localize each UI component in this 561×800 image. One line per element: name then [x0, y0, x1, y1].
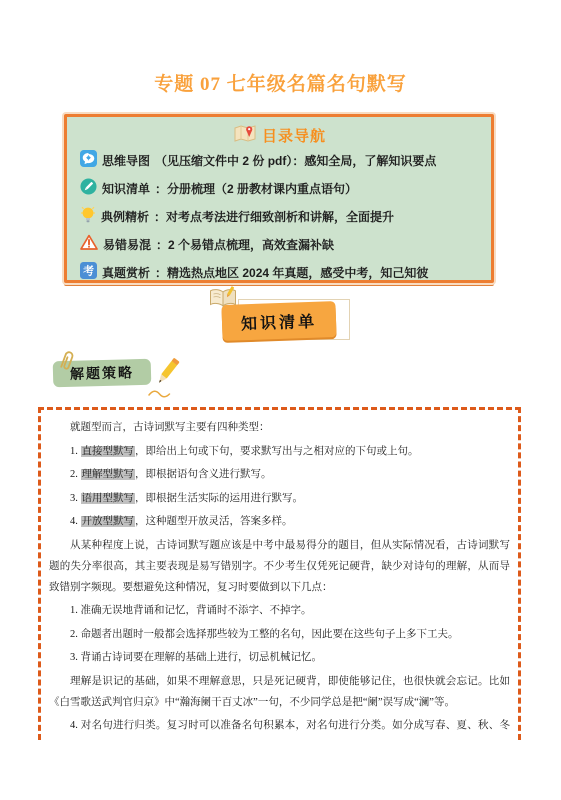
toc-item-examples: 典例精析：对考点考法进行细致剖析和讲解，全面提升 [80, 207, 479, 225]
pencil-icon [146, 356, 188, 405]
type-term-highlight: 理解型默写 [81, 469, 136, 480]
toc-item-desc: ：精选热点地区 2024 年真题，感受中考，知己知彼 [155, 264, 428, 281]
toc-item-label: 思维导图 [102, 152, 150, 169]
toc-item-desc: ：对考点考法进行细致剖析和讲解，全面提升 [154, 208, 394, 225]
type-number: 2. [70, 469, 81, 480]
lightbulb-icon [80, 205, 96, 227]
document-page: 专题 07 七年级名篇名句默写 目录导航 [0, 0, 561, 800]
type-number: 1. [70, 446, 81, 457]
type-desc: ，即根据语句含义进行默写。 [135, 469, 272, 480]
toc-item-knowledge: 知识清单：分册梳理（2 册教材课内重点语句） [80, 179, 479, 197]
toc-item-label: 真题赏析 [102, 264, 150, 281]
page-title: 专题 07 七年级名篇名句默写 [0, 69, 561, 96]
toc-item-desc: ：2 个易错点梳理，高效查漏补缺 [156, 236, 334, 253]
pen-icon [80, 178, 97, 198]
paperclip-icon [56, 348, 76, 379]
type-desc: ，这种题型开放灵活，答案多样。 [135, 516, 293, 527]
warning-icon [80, 234, 98, 254]
type-term-highlight: 开放型默写 [81, 516, 136, 527]
type-desc: ，即给出上句或下句，要求默写出与之相对应的下句或上句。 [135, 446, 419, 457]
toc-item-mistakes: 易错易混：2 个易错点梳理，高效查漏补缺 [80, 235, 479, 253]
strategy-content-box: 就题型而言，古诗词默写主要有四种类型： 1. 直接型默写，即给出上句或下句，要求… [38, 407, 521, 740]
strategy-intro: 就题型而言，古诗词默写主要有四种类型： [49, 417, 510, 438]
toc-item-desc: ：分册梳理（2 册教材课内重点语句） [155, 180, 357, 197]
toc-item-mindmap: 思维导图（见压缩文件中 2 份 pdf）：感知全局，了解知识要点 [80, 151, 479, 169]
toc-item-realexam: 考 真题赏析：精选热点地区 2024 年真题，感受中考，知己知彼 [80, 263, 479, 281]
exam-icon: 考 [80, 262, 97, 282]
toc-item-desc: （见压缩文件中 2 份 pdf）：感知全局，了解知识要点 [155, 152, 436, 169]
strategy-tip: 4. 对名句进行归类。复习时可以准备名句积累本，对名句进行分类。如分成写春、夏、… [49, 715, 510, 740]
type-term-highlight: 直接型默写 [81, 446, 136, 457]
map-pin-icon [233, 123, 257, 148]
type-term-highlight: 语用型默写 [81, 493, 136, 504]
toc-navigation-box: 目录导航 思维导图（见压缩文件中 2 份 pdf）：感知全局，了解知识要点 [64, 114, 494, 283]
toc-item-label: 易错易混 [103, 236, 151, 253]
type-number: 4. [70, 516, 81, 527]
strategy-tip: 1. 准确无误地背诵和记忆，背诵时不添字、不掉字。 [49, 600, 510, 621]
type-item: 4. 开放型默写，这种题型开放灵活，答案多样。 [49, 511, 510, 532]
svg-text:考: 考 [83, 264, 94, 278]
strategy-paragraph: 理解是识记的基础，如果不理解意思，只是死记硬背，即使能够记住，也很快就会忘记。比… [49, 671, 510, 713]
toc-header: 目录导航 [80, 122, 479, 148]
type-item: 1. 直接型默写，即给出上句或下句，要求默写出与之相对应的下句或上句。 [49, 441, 510, 462]
open-book-icon [208, 286, 238, 315]
strategy-paragraph: 从某种程度上说，古诗词默写题应该是中考中最易得分的题目，但从实际情况看，古诗词默… [49, 535, 510, 598]
type-item: 2. 理解型默写，即根据语句含义进行默写。 [49, 464, 510, 485]
toc-item-label: 典例精析 [101, 208, 149, 225]
toc-item-label: 知识清单 [102, 180, 150, 197]
strategy-tip: 3. 背诵古诗词要在理解的基础上进行，切忌机械记忆。 [49, 647, 510, 668]
knowledge-list-heading: 知识清单 [221, 301, 336, 341]
type-desc: ，即根据生活实际的运用进行默写。 [135, 493, 303, 504]
type-item: 3. 语用型默写，即根据生活实际的运用进行默写。 [49, 488, 510, 509]
toc-title: 目录导航 [262, 125, 326, 146]
mindmap-icon [80, 150, 97, 170]
strategy-tip: 2. 命题者出题时一般都会选择那些较为工整的名句，因此要在这些句子上多下工夫。 [49, 624, 510, 645]
type-number: 3. [70, 493, 81, 504]
